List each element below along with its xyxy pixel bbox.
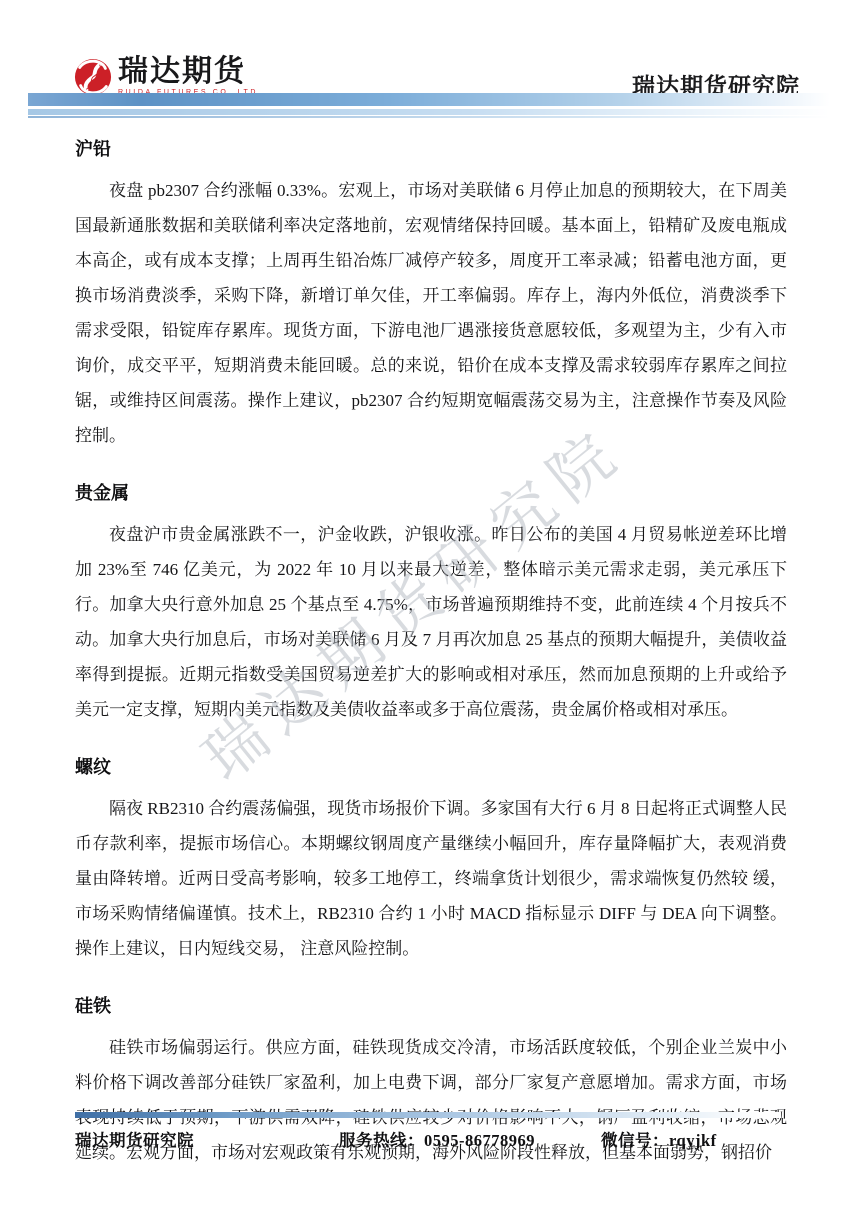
footer-institute: 瑞达期货研究院 [75,1127,194,1151]
section-heading-ferrosilicon: 硅铁 [75,995,787,1017]
footer-hotline: 服务热线：0595-86778969 [339,1127,535,1151]
footer-divider-bar [75,1112,781,1118]
section-rebar: 螺纹 隔夜 RB2310 合约震荡偏强，现货市场报价下调。多家国有大行 6 月 … [75,756,787,966]
footer-wechat: 微信号：rqyjkf [601,1127,717,1151]
header-divider-bar [28,93,830,106]
section-heading-rebar: 螺纹 [75,756,787,778]
report-page: 瑞达期货 RUIDA FUTURES CO.,LTD. 瑞达期货研究院 瑞达期货… [0,0,860,1217]
section-body-shanghai-lead: 夜盘 pb2307 合约涨幅 0.33%。宏观上，市场对美联储 6 月停止加息的… [75,173,787,453]
company-logo: 瑞达期货 RUIDA FUTURES CO.,LTD. [74,56,263,98]
header-divider-subbar [28,109,830,115]
section-shanghai-lead: 沪铅 夜盘 pb2307 合约涨幅 0.33%。宏观上，市场对美联储 6 月停止… [75,138,787,453]
report-content: 沪铅 夜盘 pb2307 合约涨幅 0.33%。宏观上，市场对美联储 6 月停止… [75,138,787,1170]
section-heading-precious-metals: 贵金属 [75,482,787,504]
section-body-precious-metals: 夜盘沪市贵金属涨跌不一，沪金收跌，沪银收涨。昨日公布的美国 4 月贸易帐逆差环比… [75,517,787,727]
section-body-rebar: 隔夜 RB2310 合约震荡偏强，现货市场报价下调。多家国有大行 6 月 8 日… [75,791,787,966]
section-precious-metals: 贵金属 夜盘沪市贵金属涨跌不一，沪金收跌，沪银收涨。昨日公布的美国 4 月贸易帐… [75,482,787,727]
logo-brand-text: 瑞达期货 [118,56,263,88]
section-heading-shanghai-lead: 沪铅 [75,138,787,160]
logo-text-block: 瑞达期货 RUIDA FUTURES CO.,LTD. [118,56,263,96]
header-divider-line [28,116,830,118]
ruida-logo-icon [74,56,112,98]
